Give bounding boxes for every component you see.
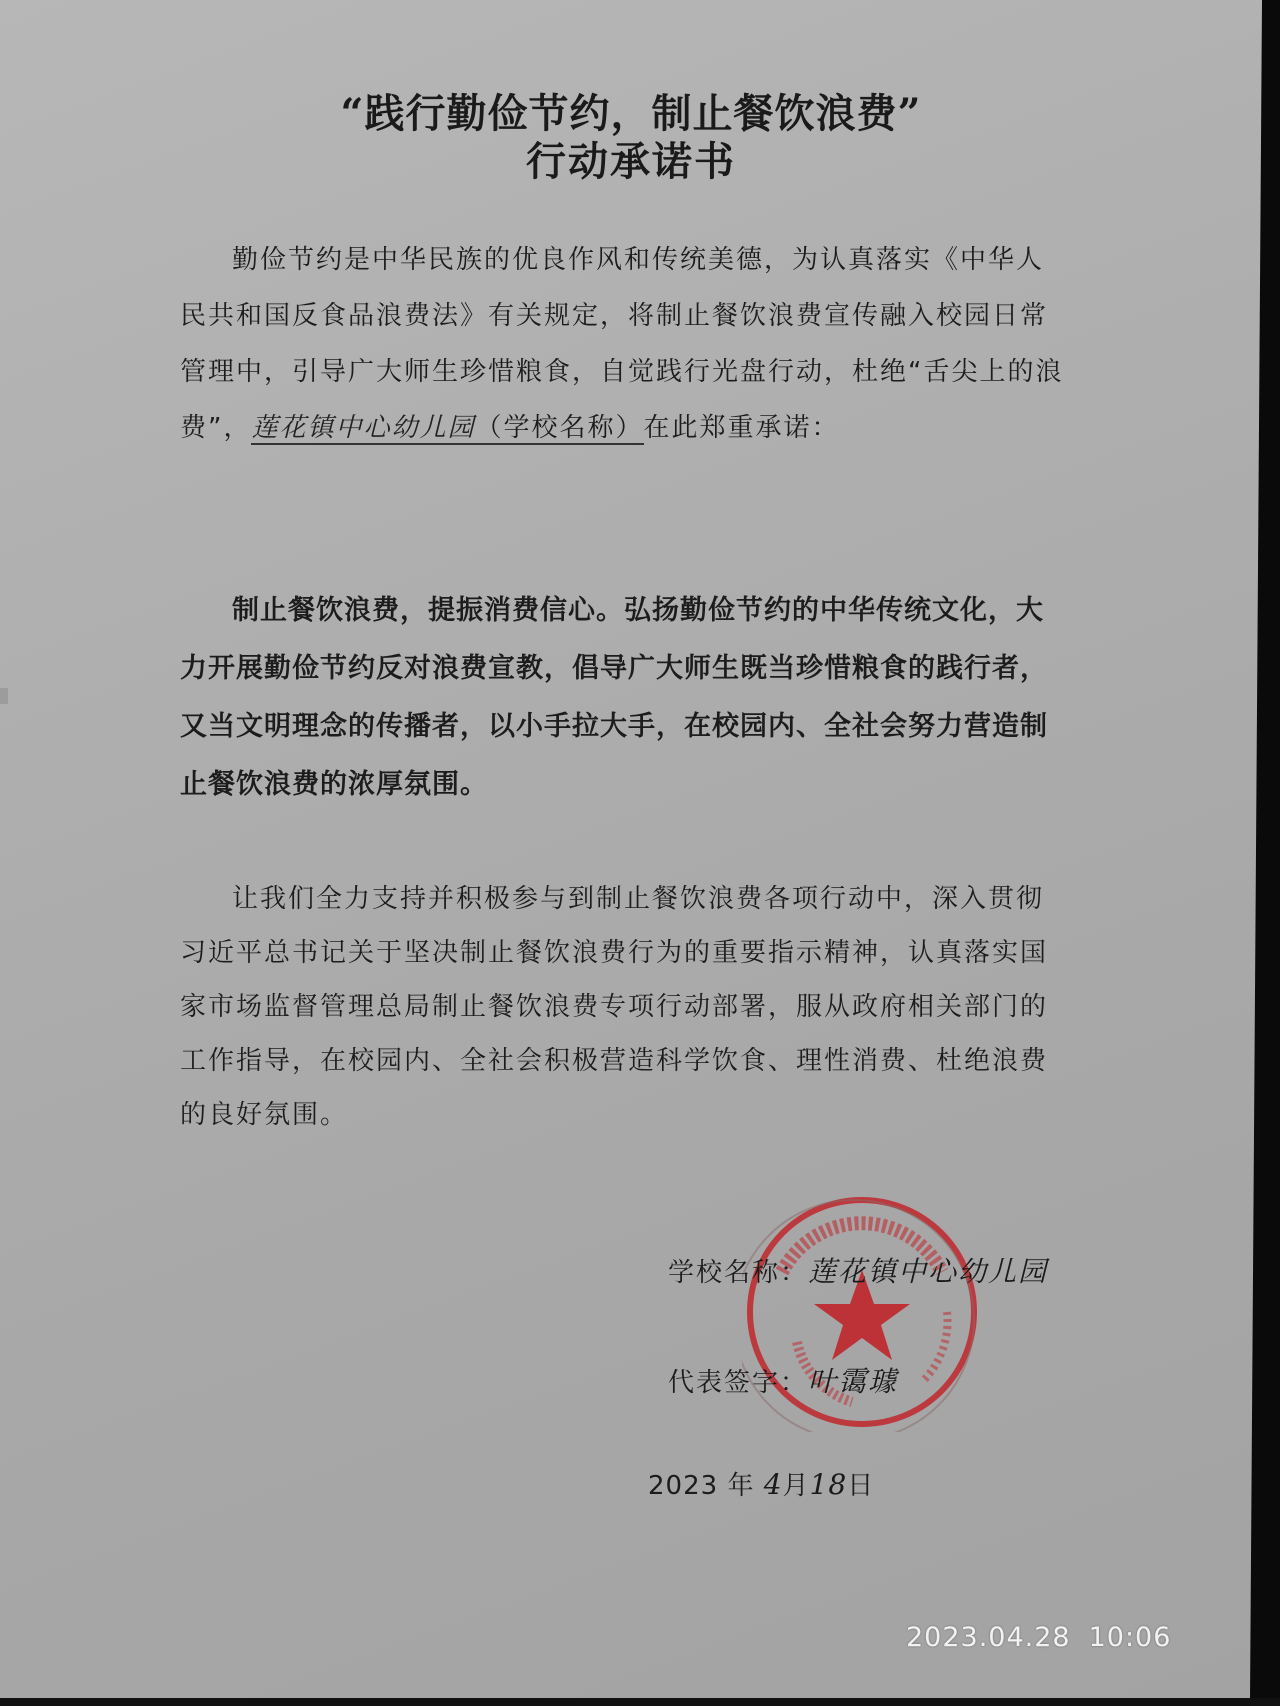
date-year-unit: 年 <box>727 1471 754 1501</box>
photo-date: 2023.04.28 <box>906 1622 1071 1653</box>
date-month-unit: 月 <box>783 1471 810 1501</box>
representative-signature-field: 代表签字：叶霭璩 <box>668 1360 898 1400</box>
date-year: 2023 <box>648 1471 718 1501</box>
paper-bottom-shadow <box>0 1698 1280 1706</box>
document-subtitle: 行动承诺书 <box>0 130 1262 187</box>
handwritten-school-name: 莲花镇中心幼儿园 <box>251 413 475 445</box>
paper-edge-mark <box>0 688 8 704</box>
paragraph-commitment: 制止餐饮浪费，提振消费信心。弘扬勤俭节约的中华传统文化，大力开展勤俭节约反对浪费… <box>180 582 1070 814</box>
paragraph-call-to-action: 让我们全力支持并积极参与到制止餐饮浪费各项行动中，深入贯彻习近平总书记关于坚决制… <box>180 872 1070 1142</box>
photo-timestamp: 2023.04.2810:06 <box>906 1622 1171 1653</box>
signature-date: 2023 年 4月18日 <box>648 1465 874 1502</box>
intro-text-end: 在此郑重承诺： <box>644 413 840 443</box>
date-month: 4 <box>764 1468 783 1501</box>
representative-label: 代表签字： <box>668 1368 808 1398</box>
paragraph-intro: 勤俭节约是中华民族的优良作风和传统美德，为认真落实《中华人民共和国反食品浪费法》… <box>180 232 1070 456</box>
school-name-label: 学校名称： <box>668 1258 808 1288</box>
school-name-hint: （学校名称） <box>476 413 644 445</box>
school-name-field: 学校名称：莲花镇中心幼儿园 <box>668 1250 1048 1290</box>
photo-time: 10:06 <box>1089 1622 1172 1653</box>
representative-signature: 叶霭璩 <box>808 1365 898 1398</box>
date-day: 18 <box>810 1468 848 1501</box>
school-name-handwritten: 莲花镇中心幼儿园 <box>808 1255 1048 1288</box>
date-day-unit: 日 <box>847 1471 874 1501</box>
